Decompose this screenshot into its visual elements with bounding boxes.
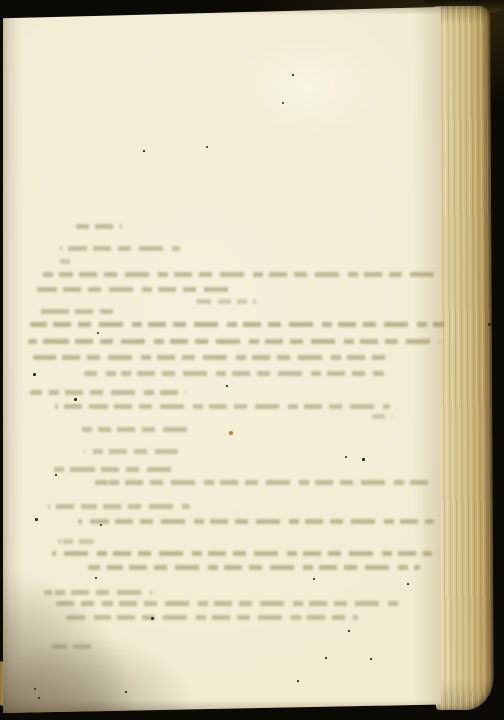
blank-page [3, 7, 441, 713]
book-scan-photo [0, 0, 504, 720]
book-fore-edge [432, 6, 494, 710]
